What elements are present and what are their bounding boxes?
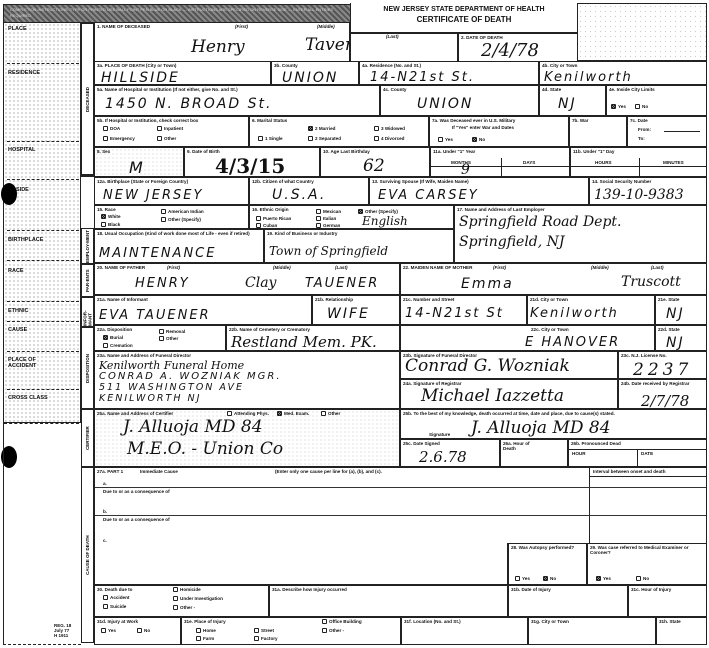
form-code: REG. 18July 77H 1911 — [54, 623, 71, 638]
filing-stamp-area — [577, 3, 707, 61]
field-under-one-year[interactable]: 11a. Under "1" Year MONTHS DAYS 9 — [430, 147, 570, 177]
field-informant-state[interactable]: 21e. State NJ — [655, 295, 707, 325]
field-injury-at-work[interactable]: 31d. Injury at Work Yes No — [94, 617, 181, 645]
field-cemetery-state[interactable]: 22d. State NJ — [655, 325, 707, 351]
instructions-banner: COMPLETION INSTRUCTIONS: TYPE OR PRINTED… — [3, 4, 351, 23]
field-date-received[interactable]: 24b. Date received by Registrar 2/7/78 — [618, 379, 707, 409]
field-certification-signature[interactable]: 25b. To the best of my knowledge, death … — [400, 409, 707, 439]
value-last-name: Tavenier — [305, 35, 350, 55]
field-race[interactable]: 15. Race White Black American Indian Oth… — [94, 205, 249, 229]
field-last-name-cont: (Last) — [350, 33, 458, 62]
field-state[interactable]: 4d. State NJ — [539, 85, 606, 116]
field-county-residence[interactable]: 4c. County UNION — [380, 85, 539, 116]
section-certifier: CERTIFIER — [81, 409, 94, 467]
department-name: NEW JERSEY STATE DEPARTMENT OF HEALTH — [351, 5, 577, 15]
side-label-race: RACE — [8, 268, 24, 274]
side-label-place-of-accident: PLACE OF ACCIDENT — [8, 357, 58, 369]
field-informant[interactable]: 21a. Name of Informant EVA TAUENER — [94, 295, 312, 325]
side-label-cause: CAUSE — [8, 327, 27, 333]
side-label-hospital: HOSPITAL — [8, 147, 35, 153]
field-autopsy[interactable]: 28. Was Autopsy performed? Yes No — [508, 543, 587, 585]
field-death-due-to[interactable]: 30. Death due to Accident Suicide Homici… — [94, 585, 269, 617]
field-surviving-spouse[interactable]: 13. Surviving Spouse (If Wife, Maiden Na… — [369, 177, 589, 205]
field-date-of-birth[interactable]: 9. Date of Birth 4/3/15 — [184, 147, 320, 177]
field-place-of-death[interactable]: 3a. PLACE OF DEATH (City or Town) HILLSI… — [94, 61, 271, 85]
field-father-name[interactable]: 20. NAME OF FATHER (First) (Middle) (Las… — [94, 263, 400, 295]
field-cemetery-city[interactable]: 22c. City or Town E HANOVER — [400, 325, 655, 351]
field-business[interactable]: 19. Kind of Business or Industry Town of… — [264, 229, 454, 263]
field-place-of-injury[interactable]: 31e. Place of Injury Home Farm Street Fa… — [181, 617, 401, 645]
field-injury-date[interactable]: 31b. Date of Injury — [508, 585, 628, 617]
field-injury-state[interactable]: 31h. State — [656, 617, 707, 645]
field-social-security[interactable]: 14. Social Security Number 139-10-9383 — [589, 177, 707, 205]
field-director-signature[interactable]: 23b. Signature of Funeral Director Conra… — [400, 351, 618, 379]
field-war-dates[interactable]: 7c. Date From: To: — [627, 116, 707, 147]
field-informant-city[interactable]: 21d. City or Town Kenilworth — [527, 295, 655, 325]
field-inside-city-limits[interactable]: 4e. Inside City Limits Yes No — [606, 85, 707, 116]
field-part-two[interactable] — [94, 543, 508, 585]
field-disposition[interactable]: 22a. Disposition Burial Cremation Remova… — [94, 325, 226, 351]
side-label-cross-class: CROSS CLASS — [8, 395, 48, 401]
field-ethnic-origin[interactable]: 16. Ethnic Origin Puerto Rican Cuban Mex… — [249, 205, 454, 229]
field-age[interactable]: 10. Age Last Birthday 62 — [320, 147, 430, 177]
field-pronounced-dead[interactable]: 26b. Pronounced Dead HOUR DATE — [568, 439, 707, 467]
field-hour-of-death[interactable]: 26a. Hour of Death — [500, 439, 568, 467]
field-birthplace[interactable]: 12a. Birthplace (State or Foreign Countr… — [94, 177, 249, 205]
field-hospital-status[interactable]: 5b. If Hospital or Institution, check co… — [94, 116, 249, 147]
section-disposition: DISPOSITION — [81, 327, 94, 409]
form-title: CERTIFICATE OF DEATH — [351, 15, 577, 25]
field-last-employer[interactable]: 17. Name and Address of Last Employer Sp… — [454, 205, 707, 263]
side-label-birthplace: BIRTHPLACE — [8, 237, 43, 243]
coding-column-lower: REG. 18July 77H 1911 — [3, 423, 81, 645]
side-label-place: PLACE — [8, 26, 27, 32]
side-label-side: SIDE — [16, 187, 29, 193]
section-cause-of-death: CAUSE OF DEATH — [81, 467, 94, 643]
field-injury-city[interactable]: 31g. City or Town — [528, 617, 656, 645]
field-under-one-day[interactable]: 11b. Under "1" Day HOURS MINUTES — [570, 147, 707, 177]
value-date-of-death: 2/4/78 — [481, 40, 539, 61]
field-informant-street[interactable]: 21c. Number and Street 14-N21st St — [400, 295, 527, 325]
section-employment: EMPLOY-MENT — [81, 228, 94, 264]
punch-hole — [1, 183, 17, 205]
field-certifier[interactable]: 25a. Name and Address of Certifier Atten… — [94, 409, 400, 467]
section-deceased: DECEASED — [81, 23, 94, 175]
section-informant: INFOR-MANT — [81, 297, 94, 327]
field-relationship[interactable]: 21b. Relationship WIFE — [312, 295, 400, 325]
field-funeral-director[interactable]: 23a. Name and Address of Funeral Directo… — [94, 351, 400, 409]
field-registrar-signature[interactable]: 24a. Signature of Registrar Michael Iazz… — [400, 379, 618, 409]
field-license-number[interactable]: 23c. N.J. License No. 2237 — [618, 351, 707, 379]
coding-column: PLACE RESIDENCE HOSPITAL SIDE BIRTHPLACE… — [3, 23, 81, 423]
field-date-signed[interactable]: 25c. Date Signed 2.6.78 — [400, 439, 500, 467]
field-residence-city[interactable]: 4b. City or Town Kenilworth — [539, 61, 707, 85]
field-referred-to-examiner[interactable]: 29. Was case referred to Medical Examine… — [587, 543, 707, 585]
field-occupation[interactable]: 18. Usual Occupation (Kind of work done … — [94, 229, 264, 263]
side-label-ethnic: ETHNIC — [8, 308, 28, 314]
field-hospital[interactable]: 5a. Name of Hospital or Institution (If … — [94, 85, 380, 116]
field-citizenship[interactable]: 12b. Citizen of what Country U.S.A. — [249, 177, 369, 205]
field-name[interactable]: 1. NAME OF DECEASED (First) (Middle) Hen… — [94, 23, 350, 62]
field-residence[interactable]: 4a. Residence (No. and St.) 14-N21st St. — [359, 61, 539, 85]
field-county[interactable]: 3b. County UNION — [271, 61, 359, 85]
field-injury-hour[interactable]: 31c. Hour of Injury — [628, 585, 707, 617]
value-first-name: Henry — [191, 37, 245, 57]
field-injury-description[interactable]: 31a. Describe how Injury occurred — [269, 585, 508, 617]
field-military[interactable]: 7a. Was Deceased ever in U.S. Military I… — [429, 116, 569, 147]
field-cemetery[interactable]: 22b. Name of Cemetery or Crematory Restl… — [226, 325, 400, 351]
field-marital-status[interactable]: 6. Marital Status 2 Married 3 Widowed 1 … — [249, 116, 429, 147]
field-sex[interactable]: 8. Sex M — [94, 147, 184, 177]
side-label-residence: RESIDENCE — [8, 70, 40, 76]
field-date-of-death[interactable]: 2. DATE OF DEATH 2/4/78 — [458, 33, 578, 62]
field-mother-maiden-name[interactable]: 22. MAIDEN NAME OF MOTHER (First) (Middl… — [400, 263, 707, 295]
field-war[interactable]: 7b. War — [569, 116, 627, 147]
field-injury-location[interactable]: 31f. Location (No. and St.) — [401, 617, 528, 645]
form-header: NEW JERSEY STATE DEPARTMENT OF HEALTH CE… — [350, 3, 578, 33]
section-parents: PAR-ENTS — [81, 264, 94, 297]
